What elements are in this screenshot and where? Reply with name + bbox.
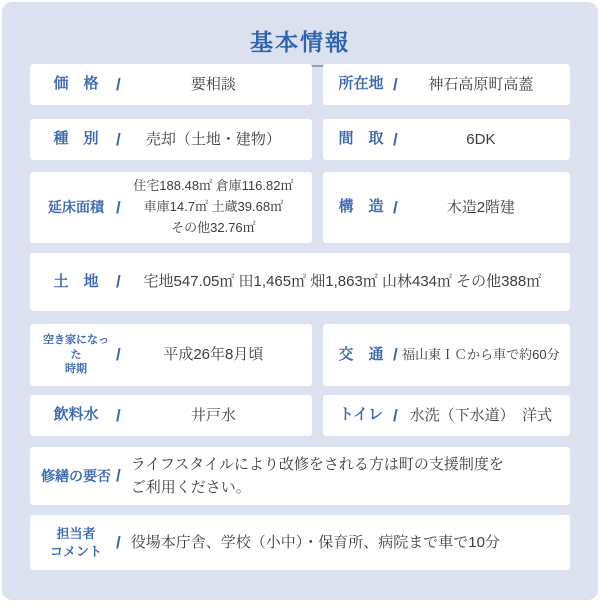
slash-separator: / (116, 406, 121, 426)
field-toilet-card: トイレ / 水洗（下水道） 洋式 (323, 395, 570, 436)
access-label: 交 通 (331, 345, 391, 365)
slash-separator: / (393, 75, 398, 95)
water-value: 井戸水 (123, 404, 304, 427)
row-floorarea-structure: 延床面積 / 住宅188.48㎡ 倉庫116.82㎡ 車庫14.7㎡ 土蔵39.… (30, 172, 570, 243)
toilet-label: トイレ (331, 405, 391, 425)
field-land-card: 土 地 / 宅地547.05㎡ 田1,465㎡ 畑1,863㎡ 山林434㎡ そ… (30, 253, 570, 311)
price-label: 価 格 (38, 74, 114, 94)
field-category-card: 種 別 / 売却（土地・建物） (30, 119, 312, 160)
staffcomment-label-line1: 担当者 (38, 525, 114, 543)
floorarea-line1: 住宅188.48㎡ 倉庫116.82㎡ (123, 176, 304, 197)
vacantsince-value: 平成26年8月頃 (123, 343, 304, 366)
slash-separator: / (116, 75, 121, 95)
floorarea-label: 延床面積 (38, 198, 114, 217)
slash-separator: / (116, 130, 121, 150)
slash-separator: / (393, 130, 398, 150)
row-land: 土 地 / 宅地547.05㎡ 田1,465㎡ 畑1,863㎡ 山林434㎡ そ… (30, 253, 570, 311)
toilet-value: 水洗（下水道） 洋式 (400, 404, 562, 427)
vacantsince-label-line1: 空き家になった (38, 333, 114, 363)
field-floorplan-card: 間 取 / 6DK (323, 119, 570, 160)
row-water-toilet: 飲料水 / 井戸水 トイレ / 水洗（下水道） 洋式 (30, 395, 570, 436)
slash-separator: / (393, 345, 398, 365)
water-label: 飲料水 (38, 405, 114, 425)
field-floorarea-card: 延床面積 / 住宅188.48㎡ 倉庫116.82㎡ 車庫14.7㎡ 土蔵39.… (30, 172, 312, 243)
category-value: 売却（土地・建物） (123, 128, 304, 151)
repair-line1: ライフスタイルにより改修をされる方は町の支援制度を (131, 453, 562, 476)
repair-line2: ご利用ください。 (131, 476, 562, 499)
row-repair: 修繕の要否 / ライフスタイルにより改修をされる方は町の支援制度を ご利用くださ… (30, 447, 570, 505)
floorplan-label: 間 取 (331, 129, 391, 149)
field-access-card: 交 通 / 福山東ＩＣから車で約60分 (323, 324, 570, 386)
slash-separator: / (116, 533, 121, 553)
row-vacantsince-access: 空き家になった 時期 / 平成26年8月頃 交 通 / 福山東ＩＣから車で約60… (30, 324, 570, 386)
slash-separator: / (116, 466, 121, 486)
field-staffcomment-card: 担当者 コメント / 役場本庁舎、学校（小中）・保育所、病院まで車で10分 (30, 515, 570, 570)
row-staff-comment: 担当者 コメント / 役場本庁舎、学校（小中）・保育所、病院まで車で10分 (30, 515, 570, 570)
row-price-location: 価 格 / 要相談 所在地 / 神石高原町高蓋 (30, 64, 570, 105)
land-label: 土 地 (38, 272, 114, 292)
field-repair-card: 修繕の要否 / ライフスタイルにより改修をされる方は町の支援制度を ご利用くださ… (30, 447, 570, 505)
staffcomment-label: 担当者 コメント (38, 525, 114, 560)
field-structure-card: 構 造 / 木造2階建 (323, 172, 570, 243)
vacantsince-label-line2: 時期 (38, 362, 114, 377)
land-value: 宅地547.05㎡ 田1,465㎡ 畑1,863㎡ 山林434㎡ その他388㎡ (123, 270, 562, 293)
access-value: 福山東ＩＣから車で約60分 (400, 345, 562, 366)
location-label: 所在地 (331, 74, 391, 94)
staffcomment-label-line2: コメント (38, 543, 114, 561)
info-rows: 価 格 / 要相談 所在地 / 神石高原町高蓋 種 別 / 売却（土地・建物） … (30, 0, 570, 608)
floorarea-value: 住宅188.48㎡ 倉庫116.82㎡ 車庫14.7㎡ 土蔵39.68㎡ その他… (123, 176, 304, 238)
structure-value: 木造2階建 (400, 196, 562, 219)
floorplan-value: 6DK (400, 128, 562, 151)
vacantsince-label: 空き家になった 時期 (38, 333, 114, 378)
slash-separator: / (393, 198, 398, 218)
structure-label: 構 造 (331, 197, 391, 217)
field-water-card: 飲料水 / 井戸水 (30, 395, 312, 436)
price-value: 要相談 (123, 73, 304, 96)
floorarea-line2: 車庫14.7㎡ 土蔵39.68㎡ (123, 197, 304, 218)
floorarea-line3: その他32.76㎡ (123, 218, 304, 239)
field-vacantsince-card: 空き家になった 時期 / 平成26年8月頃 (30, 324, 312, 386)
staffcomment-value: 役場本庁舎、学校（小中）・保育所、病院まで車で10分 (123, 531, 562, 554)
slash-separator: / (116, 345, 121, 365)
field-price-card: 価 格 / 要相談 (30, 64, 312, 105)
row-category-floorplan: 種 別 / 売却（土地・建物） 間 取 / 6DK (30, 119, 570, 160)
repair-value: ライフスタイルにより改修をされる方は町の支援制度を ご利用ください。 (123, 453, 562, 500)
location-value: 神石高原町高蓋 (400, 73, 562, 96)
slash-separator: / (116, 272, 121, 292)
field-location-card: 所在地 / 神石高原町高蓋 (323, 64, 570, 105)
slash-separator: / (393, 406, 398, 426)
repair-label: 修繕の要否 (38, 467, 114, 486)
category-label: 種 別 (38, 129, 114, 149)
slash-separator: / (116, 198, 121, 218)
